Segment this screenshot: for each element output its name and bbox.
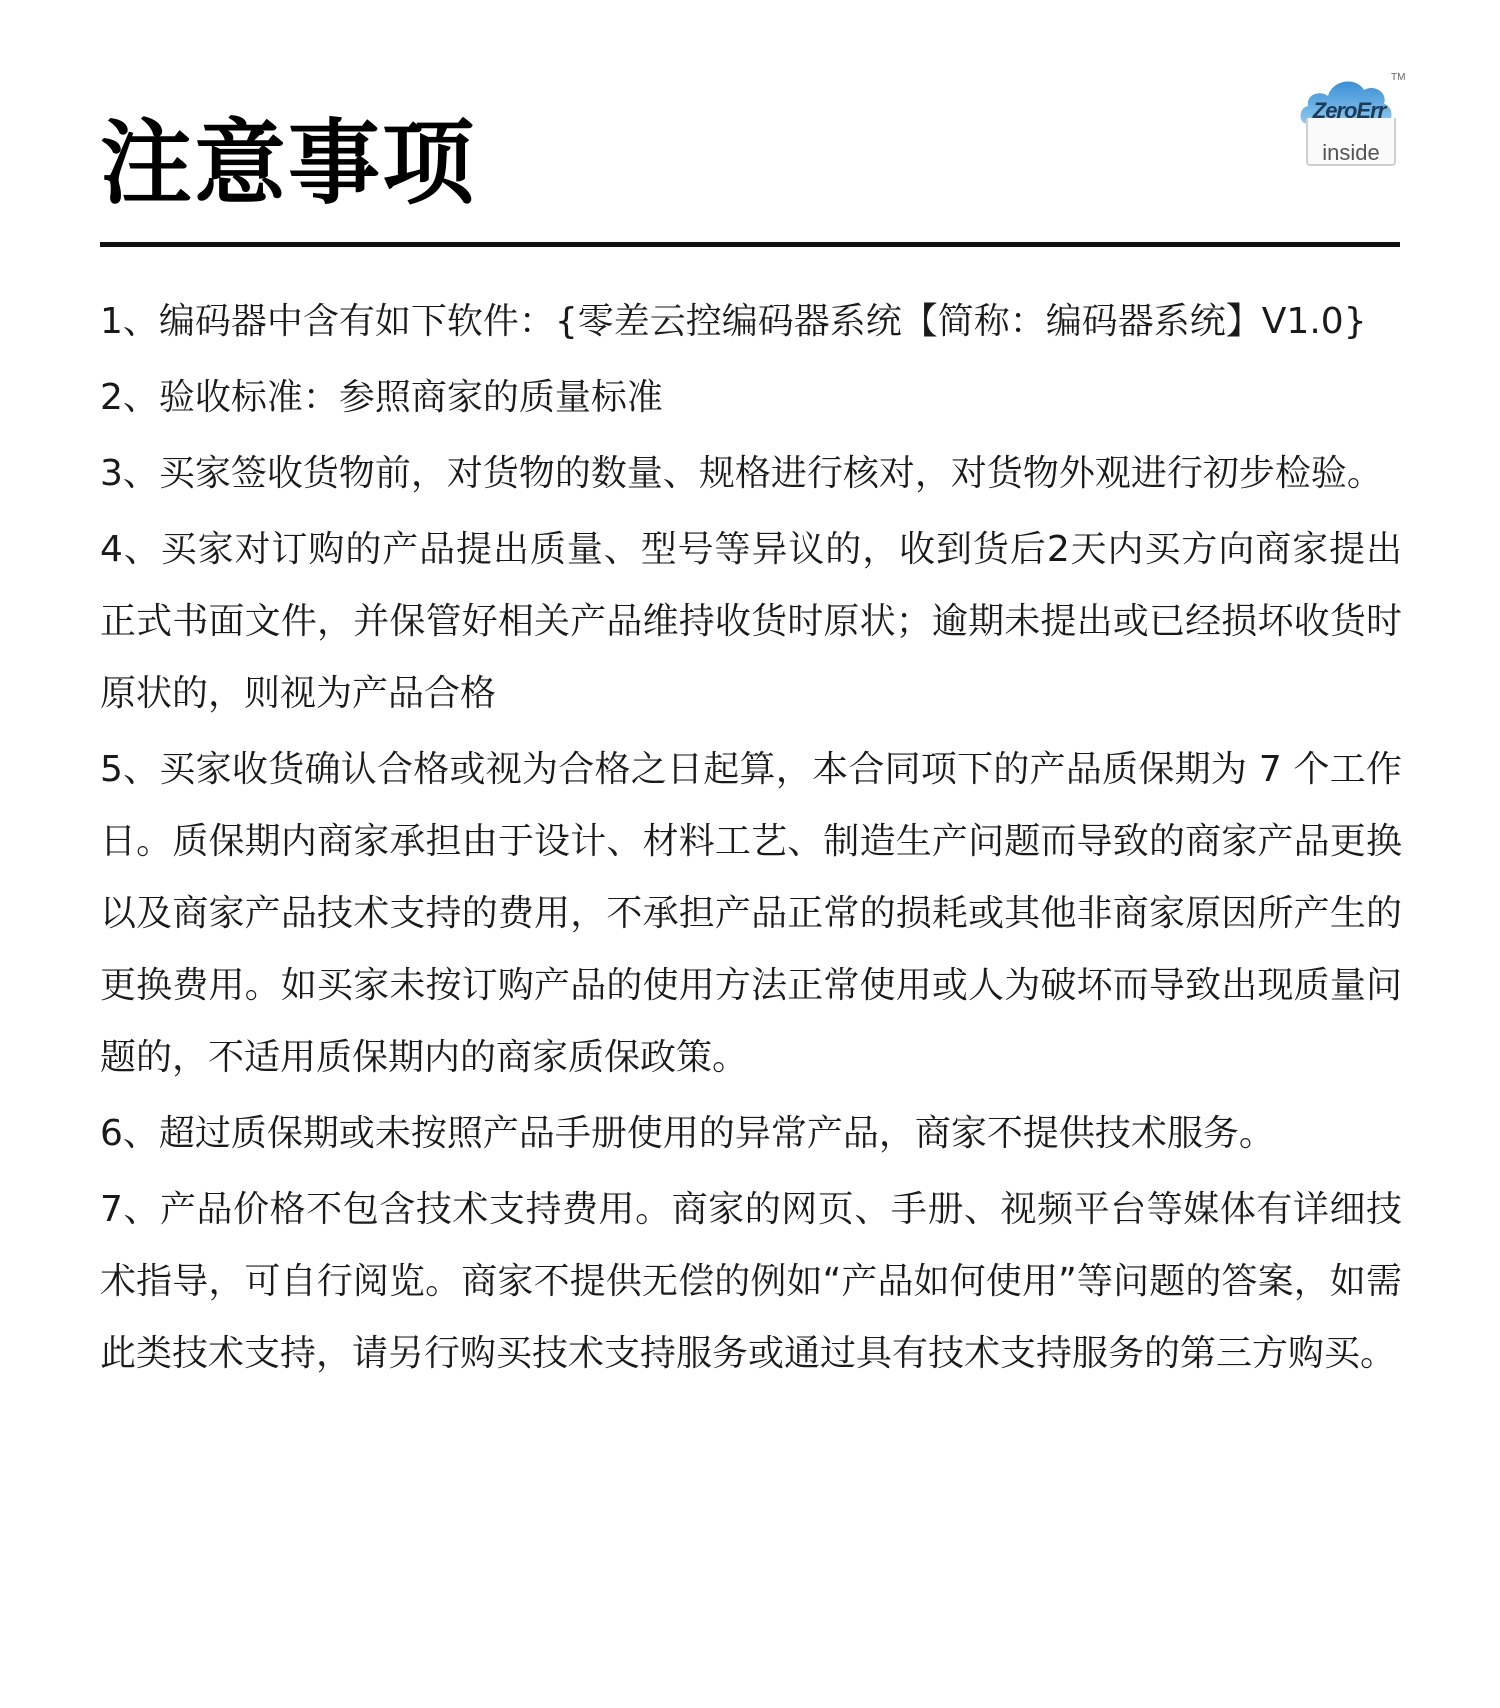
trademark-mark: TM bbox=[1391, 72, 1405, 83]
notice-item-7: 7、产品价格不包含技术支持费用。商家的网页、手册、视频平台等媒体有详细技术指导，… bbox=[100, 1174, 1402, 1390]
notice-item-5: 5、买家收货确认合格或视为合格之日起算，本合同项下的产品质保期为 7 个工作日。… bbox=[100, 734, 1402, 1094]
notice-item-3: 3、买家签收货物前，对货物的数量、规格进行核对，对货物外观进行初步检验。 bbox=[100, 438, 1402, 510]
title-divider bbox=[100, 242, 1400, 247]
zeroerr-logo: ZeroErr inside TM bbox=[1298, 68, 1408, 170]
notice-item-1: 1、编码器中含有如下软件：{零差云控编码器系统【简称：编码器系统】V1.0} bbox=[100, 286, 1402, 358]
page-title: 注意事项 bbox=[100, 118, 476, 210]
notice-item-4: 4、买家对订购的产品提出质量、型号等异议的，收到货后2天内买方向商家提出正式书面… bbox=[100, 514, 1402, 730]
notice-item-6: 6、超过质保期或未按照产品手册使用的异常产品，商家不提供技术服务。 bbox=[100, 1098, 1402, 1170]
logo-tagline: inside bbox=[1306, 140, 1396, 166]
notice-list: 1、编码器中含有如下软件：{零差云控编码器系统【简称：编码器系统】V1.0} 2… bbox=[100, 286, 1402, 1394]
notice-item-2: 2、验收标准：参照商家的质量标准 bbox=[100, 362, 1402, 434]
logo-brand: ZeroErr bbox=[1302, 98, 1396, 124]
